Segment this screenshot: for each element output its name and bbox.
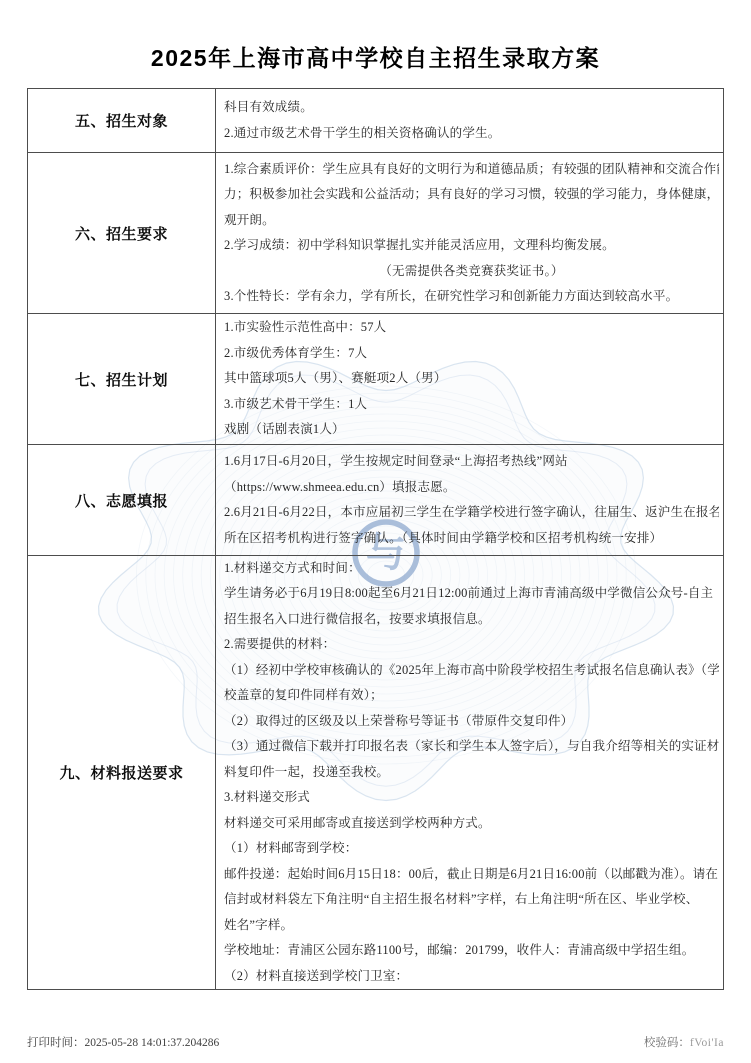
content-line: 3.市级艺术骨干学生：1人 xyxy=(224,392,719,418)
content-line: 姓名”字样。 xyxy=(224,913,719,938)
checksum: 校验码：fVoi'Ia xyxy=(644,1034,724,1050)
content-line: 学生请务必于6月19日8:00起至6月21日12:00前通过上海市青浦高级中学微… xyxy=(224,581,719,606)
content-line: 招生报名入口进行微信报名，按要求填报信息。 xyxy=(224,607,719,632)
table-row-enrollment-target: 五、招生对象 科目有效成绩。 2.通过市级艺术骨干学生的相关资格确认的学生。 xyxy=(28,89,723,152)
table-row-enrollment-requirements: 六、招生要求 1.综合素质评价：学生应具有良好的文明行为和道德品质；有较强的团队… xyxy=(28,152,723,313)
content-line: （无需提供各类竞赛获奖证书。） xyxy=(224,259,719,285)
content-line: 戏剧（话剧表演1人） xyxy=(224,417,719,443)
content-line: （https://www.shmeea.edu.cn）填报志愿。 xyxy=(224,475,719,501)
table-row-application: 八、志愿填报 1.6月17日-6月20日，学生按规定时间登录“上海招考热线”网站… xyxy=(28,444,723,555)
document-page: 与 2025年上海市高中学校自主招生录取方案 五、招生对象 科目有效成绩。 2.… xyxy=(0,0,751,1063)
content-line: 学校地址：青浦区公园东路1100号，邮编：201799，收件人：青浦高级中学招生… xyxy=(224,938,719,963)
table-row-material-submission: 九、材料报送要求 1.材料递交方式和时间： 学生请务必于6月19日8:00起至6… xyxy=(28,555,723,989)
content-line: 信封或材料袋左下角注明“自主招生报名材料”字样，右上角注明“所在区、毕业学校、 xyxy=(224,887,719,912)
content-line: 校盖章的复印件同样有效）； xyxy=(224,683,719,708)
content-line: 其中篮球项5人（男）、赛艇项2人（男） xyxy=(224,366,719,392)
row-content: 1.市实验性示范性高中：57人 2.市级优秀体育学生：7人 其中篮球项5人（男）… xyxy=(216,314,723,444)
print-time: 打印时间：2025-05-28 14:01:37.204286 xyxy=(27,1034,219,1050)
content-line: （2）取得过的区级及以上荣誉称号等证书（带原件交复印件） xyxy=(224,709,719,734)
checksum-value: fVoi'Ia xyxy=(690,1037,724,1049)
content-line: 3.材料递交形式 xyxy=(224,785,719,810)
content-line: （2）材料直接送到学校门卫室： xyxy=(224,964,719,989)
content-line: 料复印件一起，投递至我校。 xyxy=(224,760,719,785)
content-line: 1.综合素质评价：学生应具有良好的文明行为和道德品质；有较强的团队精神和交流合作… xyxy=(224,157,719,183)
row-content: 1.材料递交方式和时间： 学生请务必于6月19日8:00起至6月21日12:00… xyxy=(216,556,723,989)
content-line: （1）材料邮寄到学校： xyxy=(224,836,719,861)
row-label: 九、材料报送要求 xyxy=(28,556,216,989)
checksum-label: 校验码： xyxy=(644,1037,690,1049)
content-line: （3）通过微信下载并打印报名表（家长和学生本人签字后），与自我介绍等相关的实证材 xyxy=(224,734,719,759)
content-line: 2.需要提供的材料： xyxy=(224,632,719,657)
content-line: 力；积极参加社会实践和公益活动；具有良好的学习习惯，较强的学习能力，身体健康，乐 xyxy=(224,182,719,208)
content-line: 1.材料递交方式和时间： xyxy=(224,556,719,581)
content-line: 1.市实验性示范性高中：57人 xyxy=(224,315,719,341)
row-label: 六、招生要求 xyxy=(28,153,216,313)
admission-table: 五、招生对象 科目有效成绩。 2.通过市级艺术骨干学生的相关资格确认的学生。 六… xyxy=(27,88,724,990)
content-line: 2.学习成绩：初中学科知识掌握扎实并能灵活应用，文理科均衡发展。 xyxy=(224,233,719,259)
row-content: 科目有效成绩。 2.通过市级艺术骨干学生的相关资格确认的学生。 xyxy=(216,89,723,152)
content-line: 科目有效成绩。 xyxy=(224,95,719,121)
content-line: 邮件投递：起始时间6月15日18：00后，截止日期是6月21日16:00前（以邮… xyxy=(224,862,719,887)
row-label: 五、招生对象 xyxy=(28,89,216,152)
content-line: 2.市级优秀体育学生：7人 xyxy=(224,341,719,367)
page-title: 2025年上海市高中学校自主招生录取方案 xyxy=(0,40,751,73)
content-line: 1.6月17日-6月20日，学生按规定时间登录“上海招考热线”网站 xyxy=(224,449,719,475)
content-line: （1）经初中学校审核确认的《2025年上海市高中阶段学校招生考试报名信息确认表》… xyxy=(224,658,719,683)
row-content: 1.综合素质评价：学生应具有良好的文明行为和道德品质；有较强的团队精神和交流合作… xyxy=(216,153,723,313)
content-line: 观开朗。 xyxy=(224,208,719,234)
row-content: 1.6月17日-6月20日，学生按规定时间登录“上海招考热线”网站 （https… xyxy=(216,445,723,555)
content-line: 2.6月21日-6月22日，本市应届初三学生在学籍学校进行签字确认，往届生、返沪… xyxy=(224,500,719,526)
row-label: 七、招生计划 xyxy=(28,314,216,444)
row-label: 八、志愿填报 xyxy=(28,445,216,555)
table-row-enrollment-plan: 七、招生计划 1.市实验性示范性高中：57人 2.市级优秀体育学生：7人 其中篮… xyxy=(28,313,723,444)
content-line: 所在区招考机构进行签字确认。（具体时间由学籍学校和区招考机构统一安排） xyxy=(224,526,719,552)
content-line: 2.通过市级艺术骨干学生的相关资格确认的学生。 xyxy=(224,121,719,147)
content-line: 3.个性特长：学有余力，学有所长，在研究性学习和创新能力方面达到较高水平。 xyxy=(224,284,719,310)
content-line: 材料递交可采用邮寄或直接送到学校两种方式。 xyxy=(224,811,719,836)
page-footer: 打印时间：2025-05-28 14:01:37.204286 校验码：fVoi… xyxy=(27,1034,724,1050)
